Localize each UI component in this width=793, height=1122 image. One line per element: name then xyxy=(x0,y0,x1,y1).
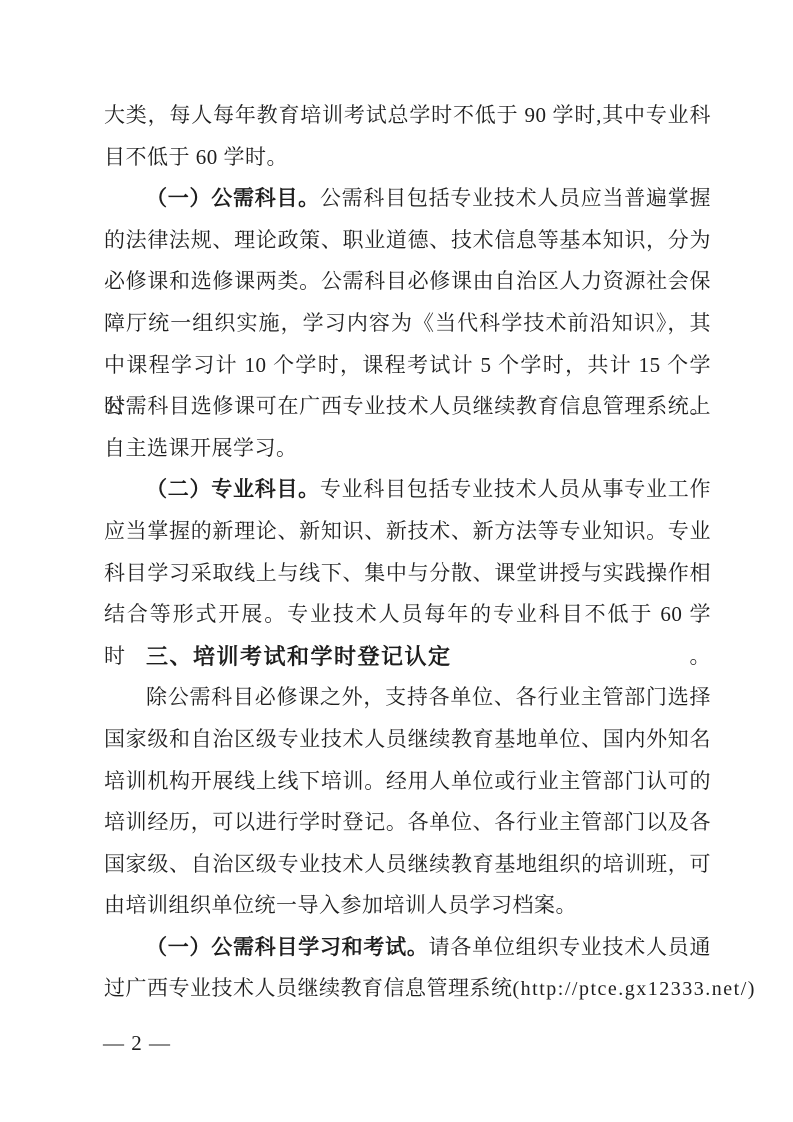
text-run: 培训经历，可以进行学时登记。各单位、各行业主管部门以及各 xyxy=(104,810,711,834)
bold-run: （一）公需科目学习和考试。 xyxy=(146,935,429,959)
bold-run: （一）公需科目。 xyxy=(146,186,320,210)
text-run: 目不低于 60 学时。 xyxy=(104,145,288,169)
bold-run: （二）专业科目。 xyxy=(146,477,320,501)
url-text: (http://ptce.gx12333.net/) xyxy=(513,978,756,1000)
text-line: 过广西专业技术人员继续教育信息管理系统(http://ptce.gx12333.… xyxy=(104,968,711,1010)
text-line: 科目学习采取线上与线下、集中与分散、课堂讲授与实践操作相 xyxy=(104,553,711,595)
text-line: 公需科目选修课可在广西专业技术人员继续教育信息管理系统上 xyxy=(104,386,711,428)
text-line: 国家级和自治区级专业技术人员继续教育基地单位、国内外知名 xyxy=(104,719,711,761)
text-line: （一）公需科目学习和考试。请各单位组织专业技术人员通 xyxy=(104,927,711,969)
document-body: 大类，每人每年教育培训考试总学时不低于 90 学时,其中专业科目不低于 60 学… xyxy=(104,95,711,1010)
text-line: 培训经历，可以进行学时登记。各单位、各行业主管部门以及各 xyxy=(104,802,711,844)
text-line: 除公需科目必修课之外，支持各单位、各行业主管部门选择 xyxy=(104,677,711,719)
text-run: 除公需科目必修课之外，支持各单位、各行业主管部门选择 xyxy=(146,685,711,709)
text-line: 结合等形式开展。专业技术人员每年的专业科目不低于 60 学时。 xyxy=(104,594,711,636)
text-run: 公需科目选修课可在广西专业技术人员继续教育信息管理系统上 xyxy=(104,394,711,418)
text-line: 由培训组织单位统一导入参加培训人员学习档案。 xyxy=(104,885,711,927)
text-line: 的法律法规、理论政策、职业道德、技术信息等基本知识，分为 xyxy=(104,220,711,262)
text-run: 科目学习采取线上与线下、集中与分散、课堂讲授与实践操作相 xyxy=(104,561,711,585)
text-line: 中课程学习计 10 个学时，课程考试计 5 个学时，共计 15 个学时。 xyxy=(104,345,711,387)
text-line: （二）专业科目。专业科目包括专业技术人员从事专业工作 xyxy=(104,469,711,511)
text-run: 由培训组织单位统一导入参加培训人员学习档案。 xyxy=(104,893,577,917)
text-line: 应当掌握的新理论、新知识、新技术、新方法等专业知识。专业 xyxy=(104,511,711,553)
text-line: 自主选课开展学习。 xyxy=(104,428,711,470)
text-run: 障厅统一组织实施，学习内容为《当代科学技术前沿知识》，其 xyxy=(104,311,711,335)
text-run: 请各单位组织专业技术人员通 xyxy=(429,935,711,959)
text-run: 专业科目包括专业技术人员从事专业工作 xyxy=(320,477,711,501)
text-run: 过广西专业技术人员继续教育信息管理系统 xyxy=(104,976,513,1000)
text-line: 培训机构开展线上线下培训。经用人单位或行业主管部门认可的 xyxy=(104,761,711,803)
text-run: 必修课和选修课两类。公需科目必修课由自治区人力资源社会保 xyxy=(104,269,711,293)
text-run: 国家级和自治区级专业技术人员继续教育基地单位、国内外知名 xyxy=(104,727,711,751)
text-run: 公需科目包括专业技术人员应当普遍掌握 xyxy=(320,186,711,210)
text-run: 应当掌握的新理论、新知识、新技术、新方法等专业知识。专业 xyxy=(104,519,711,543)
text-run: 培训机构开展线上线下培训。经用人单位或行业主管部门认可的 xyxy=(104,769,711,793)
page-number: — 2 — xyxy=(103,1029,171,1057)
text-line: 国家级、自治区级专业技术人员继续教育基地组织的培训班，可 xyxy=(104,844,711,886)
document-page: 大类，每人每年教育培训考试总学时不低于 90 学时,其中专业科目不低于 60 学… xyxy=(0,0,793,1122)
text-run: 的法律法规、理论政策、职业道德、技术信息等基本知识，分为 xyxy=(104,228,711,252)
text-run: 大类，每人每年教育培训考试总学时不低于 90 学时,其中专业科 xyxy=(104,103,711,127)
text-line: 大类，每人每年教育培训考试总学时不低于 90 学时,其中专业科 xyxy=(104,95,711,137)
text-run: 自主选课开展学习。 xyxy=(104,436,298,460)
text-line: 必修课和选修课两类。公需科目必修课由自治区人力资源社会保 xyxy=(104,261,711,303)
section-heading: 三、培训考试和学时登记认定 xyxy=(146,644,452,669)
text-line: 目不低于 60 学时。 xyxy=(104,137,711,179)
text-run: 国家级、自治区级专业技术人员继续教育基地组织的培训班，可 xyxy=(104,852,711,876)
text-line: 障厅统一组织实施，学习内容为《当代科学技术前沿知识》，其 xyxy=(104,303,711,345)
text-line: （一）公需科目。公需科目包括专业技术人员应当普遍掌握 xyxy=(104,178,711,220)
